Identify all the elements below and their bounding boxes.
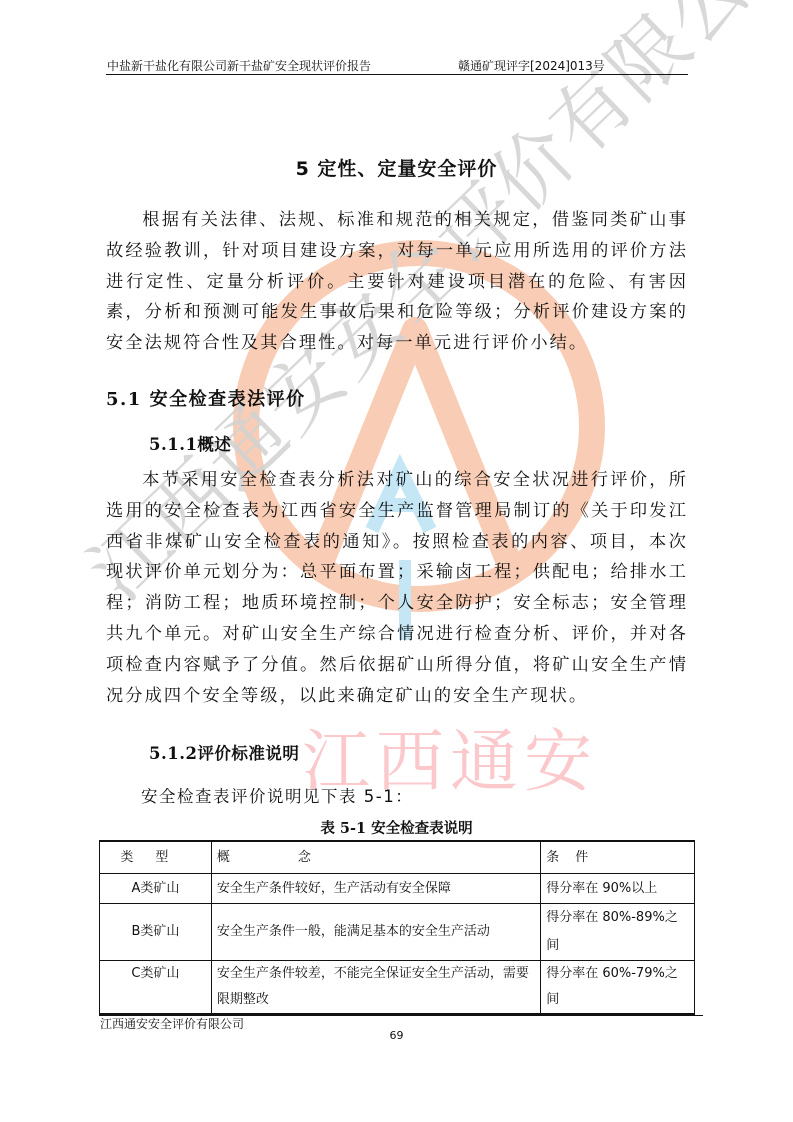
column-header-type: 类型 <box>100 841 212 874</box>
column-header-condition: 条件 <box>541 841 695 874</box>
cell-concept: 安全生产条件一般，能满足基本的安全生产活动 <box>211 904 540 961</box>
intro-paragraph: 根据有关法律、法规、标准和规范的相关规定，借鉴同类矿山事故经验教训，针对项目建设… <box>106 205 688 359</box>
table-caption: 表 5-1 安全检查表说明 <box>0 817 793 838</box>
cell-type: B类矿山 <box>100 904 212 961</box>
safety-checklist-table: 类型 概念 条件 A类矿山 安全生产条件较好，生产活动有安全保障 得分率在 90… <box>99 840 695 1015</box>
header-doc-number: 赣通矿现评字[2024]013号 <box>458 57 605 74</box>
cell-condition: 得分率在 80%-89%之间 <box>541 904 695 961</box>
table-intro-text: 安全检查表评价说明见下表 5-1： <box>141 783 413 807</box>
cell-type: A类矿山 <box>100 874 212 904</box>
section-heading-5-1: 5.1 安全检查表法评价 <box>106 385 306 411</box>
page: 中盐新干盐化有限公司新干盐矿安全现状评价报告 赣通矿现评字[2024]013号 … <box>0 0 793 1122</box>
page-number: 69 <box>0 1029 793 1042</box>
chapter-title: 5 定性、定量安全评价 <box>0 154 793 181</box>
page-header: 中盐新干盐化有限公司新干盐矿安全现状评价报告 赣通矿现评字[2024]013号 <box>106 56 688 75</box>
column-header-concept: 概念 <box>211 841 540 874</box>
header-report-title: 中盐新干盐化有限公司新干盐矿安全现状评价报告 <box>107 57 371 74</box>
cell-concept: 安全生产条件较好，生产活动有安全保障 <box>211 874 540 904</box>
table-row: A类矿山 安全生产条件较好，生产活动有安全保障 得分率在 90%以上 <box>100 874 695 904</box>
overview-paragraph: 本节采用安全检查表分析法对矿山的综合安全状况进行评价，所选用的安全检查表为江西省… <box>106 465 688 711</box>
subsection-heading-5-1-2: 5.1.2评价标准说明 <box>149 740 299 764</box>
footer-rule <box>99 1000 703 1016</box>
subsection-heading-5-1-1: 5.1.1概述 <box>149 431 231 455</box>
cell-condition: 得分率在 90%以上 <box>541 874 695 904</box>
table-row: B类矿山 安全生产条件一般，能满足基本的安全生产活动 得分率在 80%-89%之… <box>100 904 695 961</box>
table-header-row: 类型 概念 条件 <box>100 841 695 874</box>
